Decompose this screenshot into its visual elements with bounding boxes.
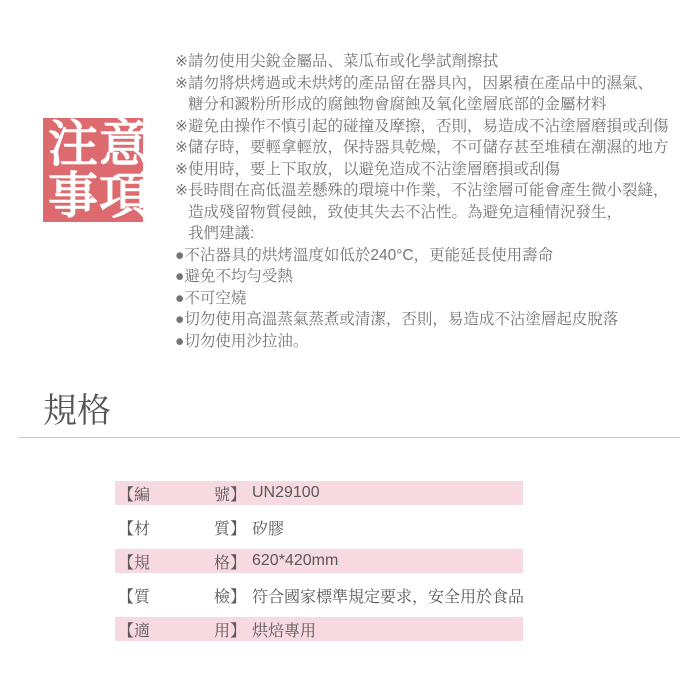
notice-line: ●切勿使用沙拉油。 [175, 331, 680, 353]
spec-label: 【材 質】 [118, 516, 246, 539]
notice-line: ※請勿使用尖銳金屬品、菜瓜布或化學試劑擦拭 [175, 51, 680, 73]
spec-label-start: 【適 [118, 618, 150, 641]
notice-line: ●不可空燒 [175, 288, 680, 310]
spec-label: 【規 格】 [118, 550, 246, 573]
spec-label: 【編 號】 [118, 482, 246, 505]
spec-label-start: 【編 [118, 482, 150, 505]
spec-label-end: 號】 [214, 482, 246, 505]
notice-line: 造成殘留物質侵蝕，致使其失去不沾性。為避免這種情況發生， [175, 202, 680, 224]
notice-line: ※儲存時，要輕拿輕放，保持器具乾燥，不可儲存甚至堆積在潮濕的地方 [175, 137, 680, 159]
spec-label-end: 檢】 [214, 584, 246, 607]
spec-section-title: 規格 [43, 383, 111, 432]
notice-line: 糖分和澱粉所形成的腐蝕物會腐蝕及氧化塗層底部的金屬材料 [175, 94, 680, 116]
notice-text-block: ※請勿使用尖銳金屬品、菜瓜布或化學試劑擦拭 ※請勿將烘烤過或未烘烤的產品留在器具… [175, 51, 680, 352]
spec-value: 符合國家標準規定要求，安全用於食品 [252, 584, 524, 607]
spec-row-item-number: 【編 號】 UN29100 [115, 481, 523, 505]
notice-line: ※長時間在高低溫差懸殊的環境中作業，不沾塗層可能會產生微小裂縫， [175, 180, 680, 202]
notice-line: ●不沾器具的烘烤溫度如低於240°C，更能延長使用壽命 [175, 245, 680, 267]
notice-line: ※使用時，要上下取放，以避免造成不沾塗層磨損或刮傷 [175, 159, 680, 181]
spec-value: 烘焙專用 [252, 618, 316, 641]
spec-row-size: 【規 格】 620*420mm [115, 549, 523, 573]
spec-value: UN29100 [252, 484, 320, 502]
spec-label-end: 格】 [214, 550, 246, 573]
notice-line: ●切勿使用高溫蒸氣蒸煮或清潔，否則，易造成不沾塗層起皮脫落 [175, 309, 680, 331]
spec-label: 【適 用】 [118, 618, 246, 641]
notice-line: ※請勿將烘烤過或未烘烤的產品留在器具內，因累積在產品中的濕氣、 [175, 73, 680, 95]
spec-row-material: 【材 質】 矽膠 [115, 515, 523, 539]
spec-table: 【編 號】 UN29100 【材 質】 矽膠 【規 格】 620*420mm 【… [115, 481, 523, 651]
spec-value: 矽膠 [252, 516, 284, 539]
spec-label-end: 質】 [214, 516, 246, 539]
notice-logo-text: 注意 事項 [48, 118, 150, 222]
spec-label: 【質 檢】 [118, 584, 246, 607]
spec-label-start: 【材 [118, 516, 150, 539]
notice-logo-line1: 注意 [48, 118, 150, 170]
notice-line: ●避免不均勻受熱 [175, 266, 680, 288]
spec-label-end: 用】 [214, 618, 246, 641]
notice-logo: 注意 事項 [43, 118, 143, 222]
spec-row-application: 【適 用】 烘焙專用 [115, 617, 523, 641]
notice-line: 我們建議: [175, 223, 680, 245]
notice-line: ※避免由操作不慎引起的碰撞及摩擦，否則，易造成不沾塗層磨損或刮傷 [175, 116, 680, 138]
spec-label-start: 【質 [118, 584, 150, 607]
spec-row-quality: 【質 檢】 符合國家標準規定要求，安全用於食品 [115, 583, 523, 607]
spec-value: 620*420mm [252, 552, 338, 570]
notice-logo-line2: 事項 [48, 170, 150, 222]
section-divider [18, 437, 680, 438]
spec-label-start: 【規 [118, 550, 150, 573]
